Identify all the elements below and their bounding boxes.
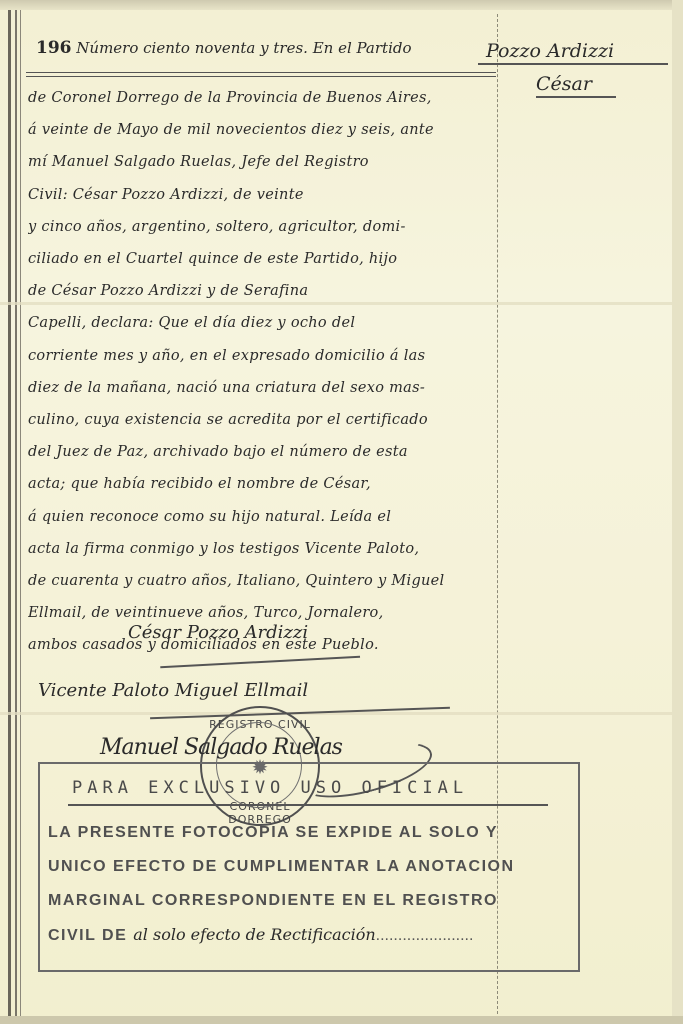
header-rule — [26, 72, 496, 77]
declarant-signature: César Pozzo Ardizzi — [128, 622, 308, 643]
binding-border — [15, 10, 17, 1024]
margin-given-name: César — [536, 73, 616, 98]
stamp-line-last: CIVIL DE al solo efecto de Rectificación… — [48, 918, 568, 953]
stamp-line: UNICO EFECTO DE CUMPLIMENTAR LA ANOTACIO… — [48, 850, 568, 884]
body-line: de cuarenta y cuatro años, Italiano, Qui… — [28, 565, 494, 597]
body-line: Capelli, declara: Que el día diez y ocho… — [28, 307, 494, 339]
body-line: mí Manuel Salgado Ruelas, Jefe del Regis… — [28, 146, 494, 178]
stamp-line-prefix: CIVIL DE — [48, 927, 127, 944]
witness-signatures: Vicente Paloto Miguel Ellmail — [38, 680, 308, 701]
document-page: 196 Número ciento noventa y tres. En el … — [0, 0, 683, 1024]
body-line: de Coronel Dorrego de la Provincia de Bu… — [28, 82, 494, 114]
stamp-dots: ...................... — [376, 927, 474, 944]
body-line: del Juez de Paz, archivado bajo el númer… — [28, 436, 494, 468]
body-line: á quien reconoce como su hijo natural. L… — [28, 501, 494, 533]
page-right-edge — [672, 0, 683, 1024]
record-header: 196 Número ciento noventa y tres. En el … — [36, 38, 496, 58]
body-line: corriente mes y año, en el expresado dom… — [28, 340, 494, 372]
binding-border — [20, 10, 21, 1024]
stamp-rule — [68, 804, 548, 806]
stamp-line: MARGINAL CORRESPONDIENTE EN EL REGISTRO — [48, 884, 568, 918]
seal-top-text: REGISTRO CIVIL — [202, 718, 318, 731]
stamp-title: PARA EXCLUSIVO USO OFICIAL — [72, 778, 552, 798]
stamp-handwritten-fill: al solo efecto de Rectificación — [133, 925, 375, 944]
body-line: de César Pozzo Ardizzi y de Serafina — [28, 275, 494, 307]
official-use-stamp: PARA EXCLUSIVO USO OFICIAL LA PRESENTE F… — [38, 762, 580, 972]
body-line: Civil: César Pozzo Ardizzi, de veinte — [28, 179, 494, 211]
page-top-edge — [0, 0, 683, 10]
officer-signature: Manuel Salgado Ruelas — [100, 735, 342, 760]
header-text: Número ciento noventa y tres. En el Part… — [76, 39, 411, 57]
margin-note: Pozzo Ardizzi César — [478, 40, 668, 98]
body-line: ciliado en el Cuartel quince de este Par… — [28, 243, 494, 275]
body-line: diez de la mañana, nació una criatura de… — [28, 372, 494, 404]
body-line: acta la firma conmigo y los testigos Vic… — [28, 533, 494, 565]
body-line: culino, cuya existencia se acredita por … — [28, 404, 494, 436]
stamp-text: LA PRESENTE FOTOCOPIA SE EXPIDE AL SOLO … — [48, 816, 568, 953]
body-line: acta; que había recibido el nombre de Cé… — [28, 468, 494, 500]
stamp-line: LA PRESENTE FOTOCOPIA SE EXPIDE AL SOLO … — [48, 816, 568, 850]
page-bottom-edge — [0, 1016, 683, 1024]
margin-surname: Pozzo Ardizzi — [478, 40, 668, 65]
entry-number: 196 — [36, 38, 72, 58]
body-line: y cinco años, argentino, soltero, agricu… — [28, 211, 494, 243]
record-body: de Coronel Dorrego de la Provincia de Bu… — [28, 82, 494, 662]
binding-border — [8, 10, 11, 1024]
body-line: á veinte de Mayo de mil novecientos diez… — [28, 114, 494, 146]
